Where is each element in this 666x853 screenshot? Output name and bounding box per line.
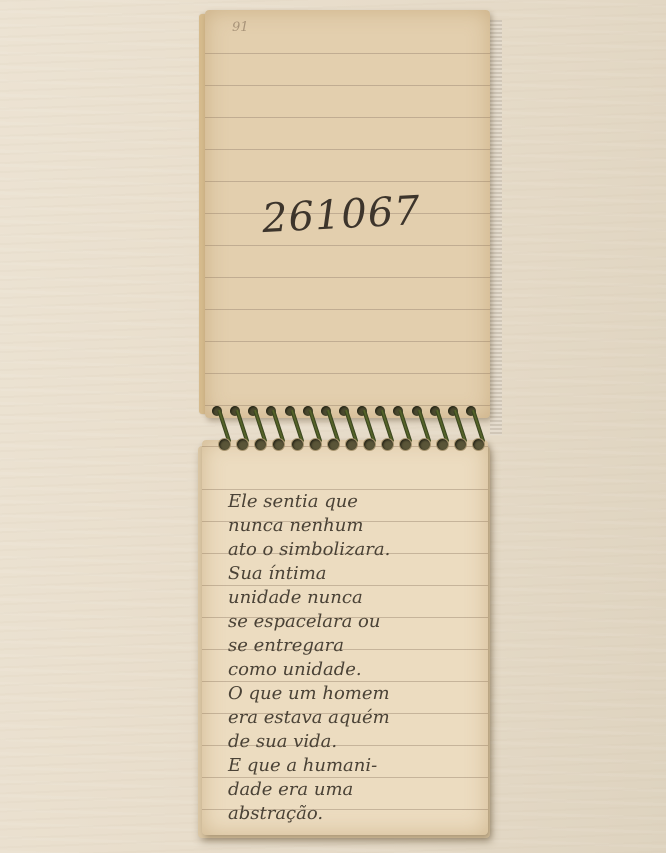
handwritten-line: dade era uma — [228, 778, 478, 802]
spiral-coil — [466, 404, 480, 452]
spiral-coil — [448, 404, 462, 452]
handwritten-line: ato o simbolizara. — [228, 538, 478, 562]
handwritten-line: O que um homem — [228, 682, 478, 706]
spiral-coil — [303, 404, 317, 452]
spiral-coil — [412, 404, 426, 452]
spiral-coil — [375, 404, 389, 452]
spiral-coil — [321, 404, 335, 452]
handwritten-line: se espacelara ou — [228, 610, 478, 634]
handwritten-line: Ele sentia que — [228, 490, 478, 514]
spiral-binding — [206, 404, 486, 452]
handwritten-line: E que a humani- — [228, 754, 478, 778]
page-number: 91 — [232, 20, 249, 35]
spiral-coil — [393, 404, 407, 452]
handwritten-number: 261067 — [261, 188, 422, 242]
spiral-coil — [230, 404, 244, 452]
spiral-coil — [212, 404, 226, 452]
spiral-coil — [430, 404, 444, 452]
handwritten-line: como unidade. — [228, 658, 478, 682]
handwritten-line: se entregara — [228, 634, 478, 658]
handwritten-line: Sua íntima — [228, 562, 478, 586]
handwritten-line: unidade nunca — [228, 586, 478, 610]
handwritten-line: abstração. — [228, 802, 478, 826]
spiral-coil — [357, 404, 371, 452]
handwritten-text: Ele sentia que nunca nenhum ato o simbol… — [228, 490, 478, 826]
page-stack-edge — [490, 20, 502, 435]
spiral-coil — [266, 404, 280, 452]
spiral-coil — [248, 404, 262, 452]
handwritten-line: de sua vida. — [228, 730, 478, 754]
handwritten-line: nunca nenhum — [228, 514, 478, 538]
spiral-coil — [339, 404, 353, 452]
handwritten-line: era estava aquém — [228, 706, 478, 730]
spiral-coil — [285, 404, 299, 452]
